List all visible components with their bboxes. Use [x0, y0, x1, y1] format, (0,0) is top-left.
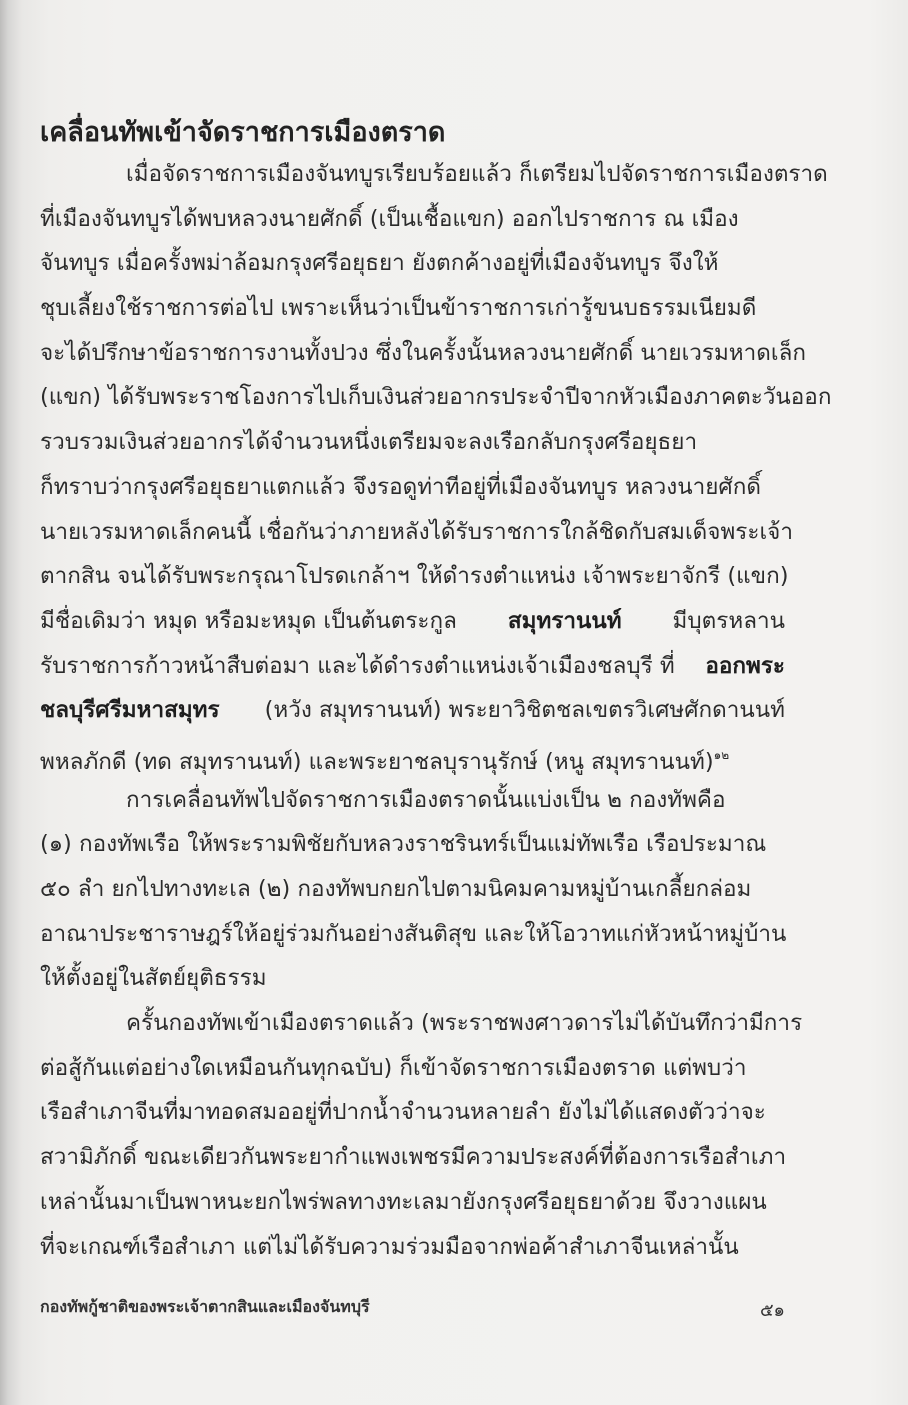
line-text: เหล่านั้นมาเป็นพาหนะยกไพร่พลทางทะเลมายัง…: [40, 1180, 767, 1225]
line-text: สวามิภักดิ์ ขณะเดียวกันพระยากำแพงเพชรมีค…: [40, 1135, 786, 1180]
line-text: พหลภักดี (ทด สมุทรานนท์) และพระยาชลบุราน…: [40, 733, 729, 778]
line-text: รับราชการก้าวหน้าสืบต่อมา และได้ดำรงตำแห…: [40, 644, 675, 689]
text-line: รับราชการก้าวหน้าสืบต่อมา และได้ดำรงตำแห…: [40, 644, 785, 689]
line-text: รวบรวมเงินส่วยอากรได้จำนวนหนึ่งเตรียมจะล…: [40, 420, 697, 465]
emphasized-title: ชลบุรีศรีมหาสมุทร: [40, 688, 220, 733]
line-text: ๕๐ ลำ ยกไปทางทะเล (๒) กองทัพบกยกไปตามนิค…: [40, 867, 751, 912]
text-line: สวามิภักดิ์ ขณะเดียวกันพระยากำแพงเพชรมีค…: [40, 1135, 785, 1180]
text-line: ที่จะเกณฑ์เรือสำเภา แต่ไม่ได้รับความร่วม…: [40, 1225, 785, 1270]
text-line: (แขก) ได้รับพระราชโองการไปเก็บเงินส่วยอา…: [40, 375, 785, 420]
page-footer: กองทัพกู้ชาติของพระเจ้าตากสินและเมืองจัน…: [40, 1295, 785, 1324]
line-text: นายเวรมหาดเล็กคนนี้ เชื่อกันว่าภายหลังได…: [40, 510, 793, 555]
line-text: ให้ตั้งอยู่ในสัตย์ยุติธรรม: [40, 956, 267, 1001]
line-text: เมื่อจัดราชการเมืองจันทบูรเรียบร้อยแล้ว …: [126, 152, 828, 197]
book-page: เคลื่อนทัพเข้าจัดราชการเมืองตราด เมื่อจั…: [0, 0, 908, 1405]
footnote-marker: ๑๒: [714, 748, 730, 762]
text-line: ชลบุรีศรีมหาสมุทร (หวัง สมุทรานนท์) พระย…: [40, 688, 785, 733]
text-line: จันทบูร เมื่อครั้งพม่าล้อมกรุงศรีอยุธยา …: [40, 241, 785, 286]
text-line: เมื่อจัดราชการเมืองจันทบูรเรียบร้อยแล้ว …: [40, 152, 785, 197]
text-line: พหลภักดี (ทด สมุทรานนท์) และพระยาชลบุราน…: [40, 733, 785, 778]
emphasized-title: ออกพระ: [705, 644, 785, 689]
text-line: อาณาประชาราษฎร์ให้อยู่ร่วมกันอย่างสันติส…: [40, 912, 785, 957]
section-heading: เคลื่อนทัพเข้าจัดราชการเมืองตราด: [40, 110, 445, 153]
text-line: ก็ทราบว่ากรุงศรีอยุธยาแตกแล้ว จึงรอดูท่า…: [40, 465, 785, 510]
line-text: จันทบูร เมื่อครั้งพม่าล้อมกรุงศรีอยุธยา …: [40, 241, 719, 286]
text-line: จะได้ปรึกษาข้อราชการงานทั้งปวง ซึ่งในครั…: [40, 331, 785, 376]
text-line: ครั้นกองทัพเข้าเมืองตราดแล้ว (พระราชพงศา…: [40, 1001, 785, 1046]
text-line: ที่เมืองจันทบูรได้พบหลวงนายศักดิ์ (เป็นเ…: [40, 197, 785, 242]
line-text: ที่จะเกณฑ์เรือสำเภา แต่ไม่ได้รับความร่วม…: [40, 1225, 739, 1270]
text-line: ให้ตั้งอยู่ในสัตย์ยุติธรรม: [40, 956, 785, 1001]
line-text: (หวัง สมุทรานนท์) พระยาวิชิตชลเขตรวิเศษศ…: [265, 688, 785, 733]
line-text: มีชื่อเดิมว่า หมุด หรือมะหมุด เป็นต้นตระ…: [40, 599, 457, 644]
line-text: การเคลื่อนทัพไปจัดราชการเมืองตราดนั้นแบ่…: [126, 778, 726, 823]
text-line: เรือสำเภาจีนที่มาทอดสมออยู่ที่ปากน้ำจำนว…: [40, 1090, 785, 1135]
line-text: จะได้ปรึกษาข้อราชการงานทั้งปวง ซึ่งในครั…: [40, 331, 806, 376]
line-text: ก็ทราบว่ากรุงศรีอยุธยาแตกแล้ว จึงรอดูท่า…: [40, 465, 761, 510]
line-text: ครั้นกองทัพเข้าเมืองตราดแล้ว (พระราชพงศา…: [126, 1001, 802, 1046]
line-text: มีบุตรหลาน: [673, 599, 785, 644]
line-text: เรือสำเภาจีนที่มาทอดสมออยู่ที่ปากน้ำจำนว…: [40, 1090, 766, 1135]
line-text: (๑) กองทัพเรือ ให้พระรามพิชัยกับหลวงราชร…: [40, 822, 766, 867]
page-number: ๕๑: [760, 1295, 785, 1324]
line-text-content: พหลภักดี (ทด สมุทรานนท์) และพระยาชลบุราน…: [40, 749, 714, 775]
text-line: ๕๐ ลำ ยกไปทางทะเล (๒) กองทัพบกยกไปตามนิค…: [40, 867, 785, 912]
running-title: กองทัพกู้ชาติของพระเจ้าตากสินและเมืองจัน…: [40, 1295, 370, 1324]
text-line: การเคลื่อนทัพไปจัดราชการเมืองตราดนั้นแบ่…: [40, 778, 785, 823]
line-text: ที่เมืองจันทบูรได้พบหลวงนายศักดิ์ (เป็นเ…: [40, 197, 739, 242]
text-line: ต่อสู้กันแต่อย่างใดเหมือนกันทุกฉบับ) ก็เ…: [40, 1046, 785, 1091]
text-line: รวบรวมเงินส่วยอากรได้จำนวนหนึ่งเตรียมจะล…: [40, 420, 785, 465]
text-line: นายเวรมหาดเล็กคนนี้ เชื่อกันว่าภายหลังได…: [40, 510, 785, 555]
line-text: ชุบเลี้ยงใช้ราชการต่อไป เพราะเห็นว่าเป็น…: [40, 286, 756, 331]
text-line: มีชื่อเดิมว่า หมุด หรือมะหมุด เป็นต้นตระ…: [40, 599, 785, 644]
line-text: (แขก) ได้รับพระราชโองการไปเก็บเงินส่วยอา…: [40, 375, 831, 420]
text-line: (๑) กองทัพเรือ ให้พระรามพิชัยกับหลวงราชร…: [40, 822, 785, 867]
body-text: เมื่อจัดราชการเมืองจันทบูรเรียบร้อยแล้ว …: [40, 152, 785, 1269]
line-text: อาณาประชาราษฎร์ให้อยู่ร่วมกันอย่างสันติส…: [40, 912, 786, 957]
line-text: ตากสิน จนได้รับพระกรุณาโปรดเกล้าฯ ให้ดำร…: [40, 554, 788, 599]
emphasized-surname: สมุทรานนท์: [508, 599, 622, 644]
text-line: เหล่านั้นมาเป็นพาหนะยกไพร่พลทางทะเลมายัง…: [40, 1180, 785, 1225]
text-line: ตากสิน จนได้รับพระกรุณาโปรดเกล้าฯ ให้ดำร…: [40, 554, 785, 599]
line-text: ต่อสู้กันแต่อย่างใดเหมือนกันทุกฉบับ) ก็เ…: [40, 1046, 747, 1091]
text-line: ชุบเลี้ยงใช้ราชการต่อไป เพราะเห็นว่าเป็น…: [40, 286, 785, 331]
